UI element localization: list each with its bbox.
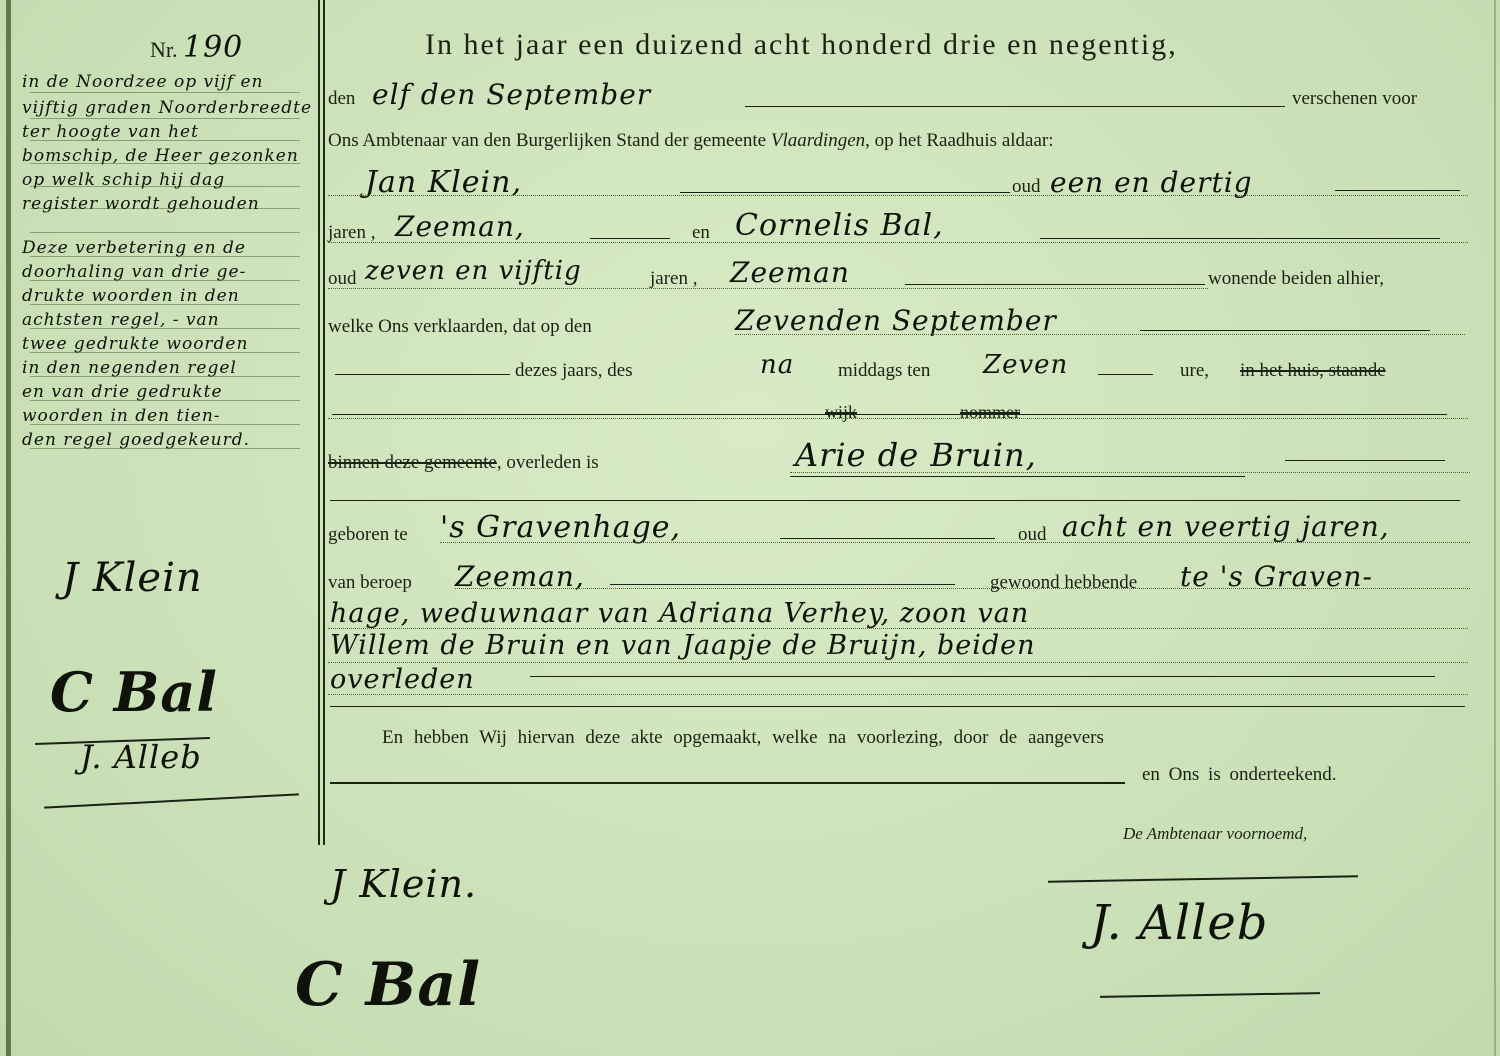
opening-line: In het jaar een duizend acht honderd dri… — [425, 28, 1178, 62]
closing-text-2: en Ons is onderteekend. — [1142, 764, 1337, 786]
date-handwritten: elf den September — [372, 78, 651, 111]
margin-line-8: doorhaling van drie ge- — [22, 262, 246, 282]
residing-label: wonende beiden alhier, — [1208, 268, 1384, 290]
declared-label: welke Ons verklaarden, dat op den — [328, 316, 592, 338]
time-na: na — [760, 350, 794, 380]
died-line: binnen deze gemeente, overleden is — [328, 452, 599, 474]
townhall-text: , op het Raadhuis aldaar: — [865, 130, 1053, 151]
closing-text-1: En hebben Wij hiervan deze akte opgemaak… — [382, 727, 1104, 749]
number-value: 190 — [183, 30, 243, 65]
den-label: den — [328, 88, 355, 110]
official-line: Ons Ambtenaar van den Burgerlijken Stand… — [328, 130, 1054, 152]
declarant1-age: een en dertig — [1050, 166, 1253, 199]
appeared-label: verschenen voor — [1292, 88, 1417, 110]
margin-signature-klein: J Klein — [62, 555, 203, 601]
margin-line-1: in de Noordzee op vijf en — [22, 72, 264, 92]
margin-line-4: bomschip, de Heer gezonken — [22, 146, 299, 166]
age-label-3: oud — [1018, 524, 1047, 546]
page-edge-left — [6, 0, 11, 1056]
margin-line-9: drukte woorden in den — [22, 286, 240, 306]
death-hour: Zeven — [983, 350, 1068, 380]
margin-signature-bal: C Bal — [50, 660, 218, 724]
municipality-name: Vlaardingen — [771, 130, 865, 151]
struck-municipality-text: binnen deze gemeente — [328, 452, 497, 473]
margin-line-11: twee gedrukte woorden — [22, 334, 248, 354]
death-date: Zevenden September — [735, 304, 1057, 337]
signature-official: J. Alleb — [1090, 895, 1269, 951]
margin-line-3: ter hoogte van het — [22, 122, 199, 142]
margin-line-7: Deze verbetering en de — [22, 238, 246, 258]
age-label-1: oud — [1012, 176, 1041, 198]
born-label: geboren te — [328, 524, 408, 546]
birthplace: 's Gravenhage, — [440, 510, 681, 545]
margin-rule — [318, 0, 320, 845]
hour-label: ure, — [1180, 360, 1209, 382]
margin-line-14: woorden in den tien- — [22, 406, 221, 426]
struck-house-text: in het huis, staande — [1240, 360, 1386, 382]
declarant1-occupation: Zeeman, — [395, 210, 525, 243]
declarant2-name: Cornelis Bal, — [735, 208, 944, 243]
official-title: De Ambtenaar voornoemd, — [1123, 824, 1307, 844]
margin-line-13: en van drie gedrukte — [22, 382, 223, 402]
document-page: Nr. 190 in de Noordzee op vijf en vijfti… — [0, 0, 1500, 1056]
margin-line-15: den regel goedgekeurd. — [22, 430, 250, 450]
afternoon-label: middags ten — [838, 360, 930, 382]
died-label: , overleden is — [497, 452, 599, 473]
lived-label: gewoond hebbende — [990, 572, 1137, 594]
years-label-1: jaren , — [328, 222, 375, 244]
deceased-name: Arie de Bruin, — [795, 436, 1037, 474]
declarant2-occupation: Zeeman — [730, 256, 850, 289]
margin-rule-inner — [323, 0, 325, 845]
age-label-2: oud — [328, 268, 357, 290]
page-edge-right — [1494, 0, 1496, 1056]
margin-line-6: register wordt gehouden — [22, 194, 260, 214]
this-year-label: dezes jaars, des — [515, 360, 633, 382]
and-label: en — [692, 222, 710, 244]
years-label-2: jaren , — [650, 268, 697, 290]
struck-ward-label: wijk — [825, 402, 857, 423]
occupation-label: van beroep — [328, 572, 412, 594]
deceased-residence: te 's Graven- — [1180, 560, 1373, 593]
margin-signature-official: J. Alleb — [80, 738, 202, 776]
deceased-age: acht en veertig jaren, — [1062, 510, 1390, 543]
signature-bal: C Bal — [295, 950, 481, 1020]
signature-klein: J Klein. — [330, 862, 477, 906]
record-number: Nr. 190 — [150, 30, 243, 65]
official-text: Ons Ambtenaar van den Burgerlijken Stand… — [328, 130, 766, 151]
margin-line-2: vijftig graden Noorderbreedte — [22, 98, 312, 118]
declarant2-age: zeven en vijftig — [365, 256, 582, 286]
margin-line-5: op welk schip hij dag — [22, 170, 225, 190]
margin-line-10: achtsten regel, - van — [22, 310, 220, 330]
number-label: Nr. — [150, 37, 178, 62]
deceased-details-2: Willem de Bruin en van Jaapje de Bruijn,… — [330, 630, 1036, 661]
margin-line-12: in den negenden regel — [22, 358, 237, 378]
deceased-details-1: hage, weduwnaar van Adriana Verhey, zoon… — [330, 598, 1029, 629]
struck-number-label: nommer — [960, 402, 1020, 423]
deceased-details-3: overleden — [330, 664, 475, 695]
